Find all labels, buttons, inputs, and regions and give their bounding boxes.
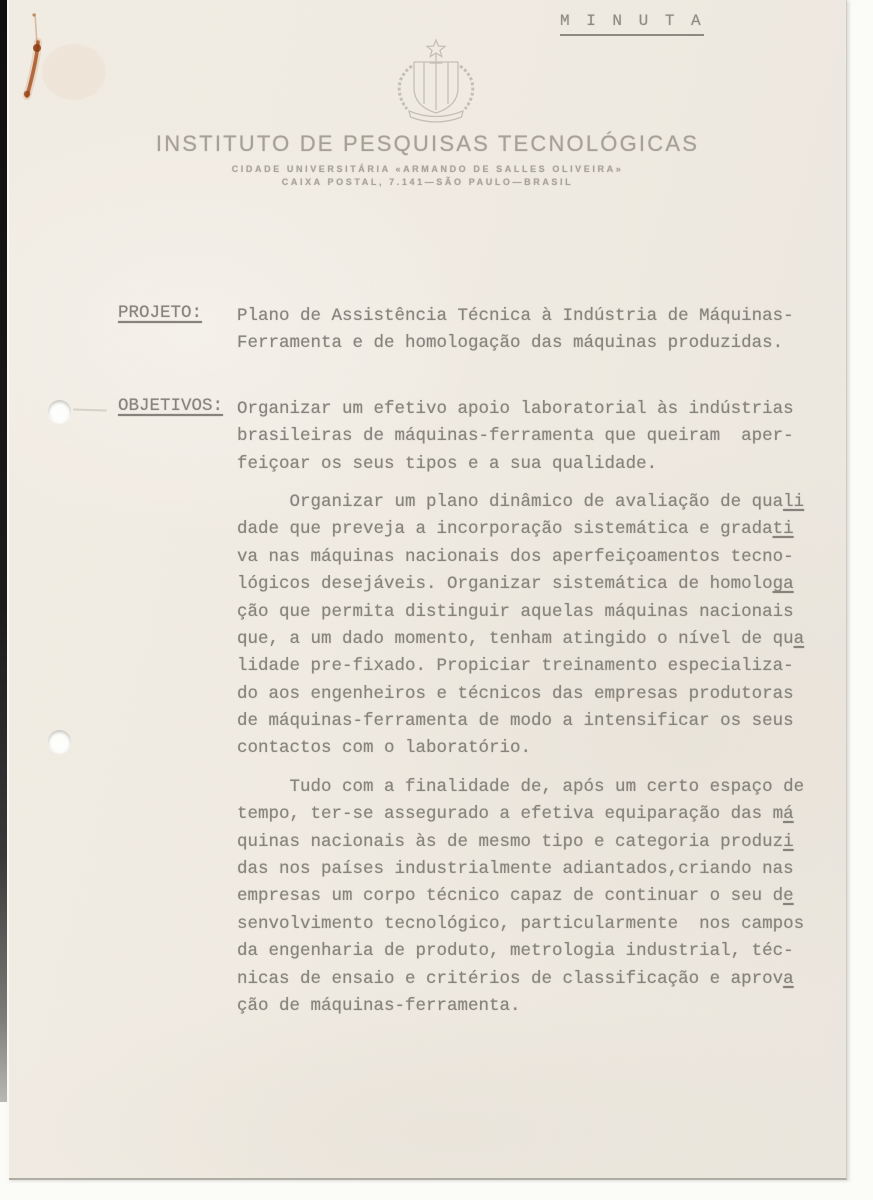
section-content: Plano de Assistência Técnica à Indústria… (237, 303, 823, 358)
underlined-syllable: á (783, 804, 794, 824)
paragraph-line: que, a um dado momento, tenham atingido … (237, 626, 823, 653)
paragraph-line: Organizar um efetivo apoio laboratorial … (237, 396, 823, 423)
scanned-document-page: { "stamp": "M I N U T A", "letterhead": … (0, 0, 873, 1200)
paragraph-line: feiçoar os seus tipos e a sua qualidade. (237, 451, 823, 478)
paragraph-line: empresas um corpo técnico capaz de conti… (237, 883, 823, 910)
underlined-syllable: ti (773, 519, 794, 539)
section-label: PROJETO: (118, 303, 202, 323)
underlined-syllable: e (783, 886, 794, 906)
paragraph-line: nicas de ensaio e critérios de classific… (237, 966, 823, 993)
paragraph-line: Plano de Assistência Técnica à Indústria… (237, 303, 823, 330)
paragraph-line: das nos países industrialmente adiantado… (237, 856, 823, 883)
hole-punch-bottom (48, 730, 71, 753)
section-objetivos: OBJETIVOS:Organizar um efetivo apoio lab… (118, 396, 823, 1021)
hole-punch-top (48, 400, 71, 423)
paragraph-line: va nas máquinas nacionais dos aperfeiçoa… (237, 544, 823, 571)
address-line-1: CIDADE UNIVERSITÁRIA «ARMANDO DE SALLES … (8, 164, 847, 174)
state-crest-icon (386, 36, 486, 130)
rust-stain (8, 4, 118, 134)
paragraph-line: Organizar um plano dinâmico de avaliação… (237, 489, 823, 516)
underlined-syllable: a (783, 969, 794, 989)
paragraph-line: da engenharia de produto, metrologia ind… (237, 938, 823, 965)
minuta-stamp: M I N U T A (560, 12, 704, 36)
paragraph-line: contactos com o laboratório. (237, 735, 823, 762)
underlined-syllable: i (783, 832, 794, 852)
underlined-syllable: li (783, 492, 804, 512)
paragraph-line: Ferramenta e de homologação das máquinas… (237, 330, 823, 357)
paragraph-line: Tudo com a finalidade de, após um certo … (237, 774, 823, 801)
paragraph-line: lógicos desejáveis. Organizar sistemátic… (237, 571, 823, 598)
paragraph-line: de máquinas-ferramenta de modo a intensi… (237, 708, 823, 735)
section-content: Organizar um efetivo apoio laboratorial … (237, 396, 823, 1021)
paragraph-line: do aos engenheiros e técnicos das empres… (237, 681, 823, 708)
section-label: OBJETIVOS: (118, 396, 223, 416)
document-body: PROJETO:Plano de Assistência Técnica à I… (118, 303, 823, 1058)
underlined-syllable: ga (773, 574, 794, 594)
paragraph: Tudo com a finalidade de, após um certo … (237, 774, 823, 1021)
scan-edge-left (0, 0, 7, 1102)
paragraph: Organizar um plano dinâmico de avaliação… (237, 489, 823, 763)
underlined-syllable: a (794, 629, 805, 649)
paragraph-line: ção que permita distinguir aquelas máqui… (237, 599, 823, 626)
institute-name: INSTITUTO DE PESQUISAS TECNOLÓGICAS (8, 131, 847, 157)
paragraph-line: dade que preveja a incorporação sistemát… (237, 516, 823, 543)
section-projeto: PROJETO:Plano de Assistência Técnica à I… (118, 303, 823, 358)
paragraph-line: senvolvimento tecnológico, particularmen… (237, 911, 823, 938)
paragraph: Plano de Assistência Técnica à Indústria… (237, 303, 823, 358)
paragraph-line: brasileiras de máquinas-ferramenta que q… (237, 423, 823, 450)
paragraph-line: quinas nacionais às de mesmo tipo e cate… (237, 829, 823, 856)
paragraph-line: tempo, ter-se assegurado a efetiva equip… (237, 801, 823, 828)
address-line-2: CAIXA POSTAL, 7.141—SÃO PAULO—BRASIL (8, 177, 847, 187)
paragraph-line: ção de máquinas-ferramenta. (237, 993, 823, 1020)
paragraph: Organizar um efetivo apoio laboratorial … (237, 396, 823, 478)
paragraph-line: lidade pre-fixado. Propiciar treinamento… (237, 653, 823, 680)
